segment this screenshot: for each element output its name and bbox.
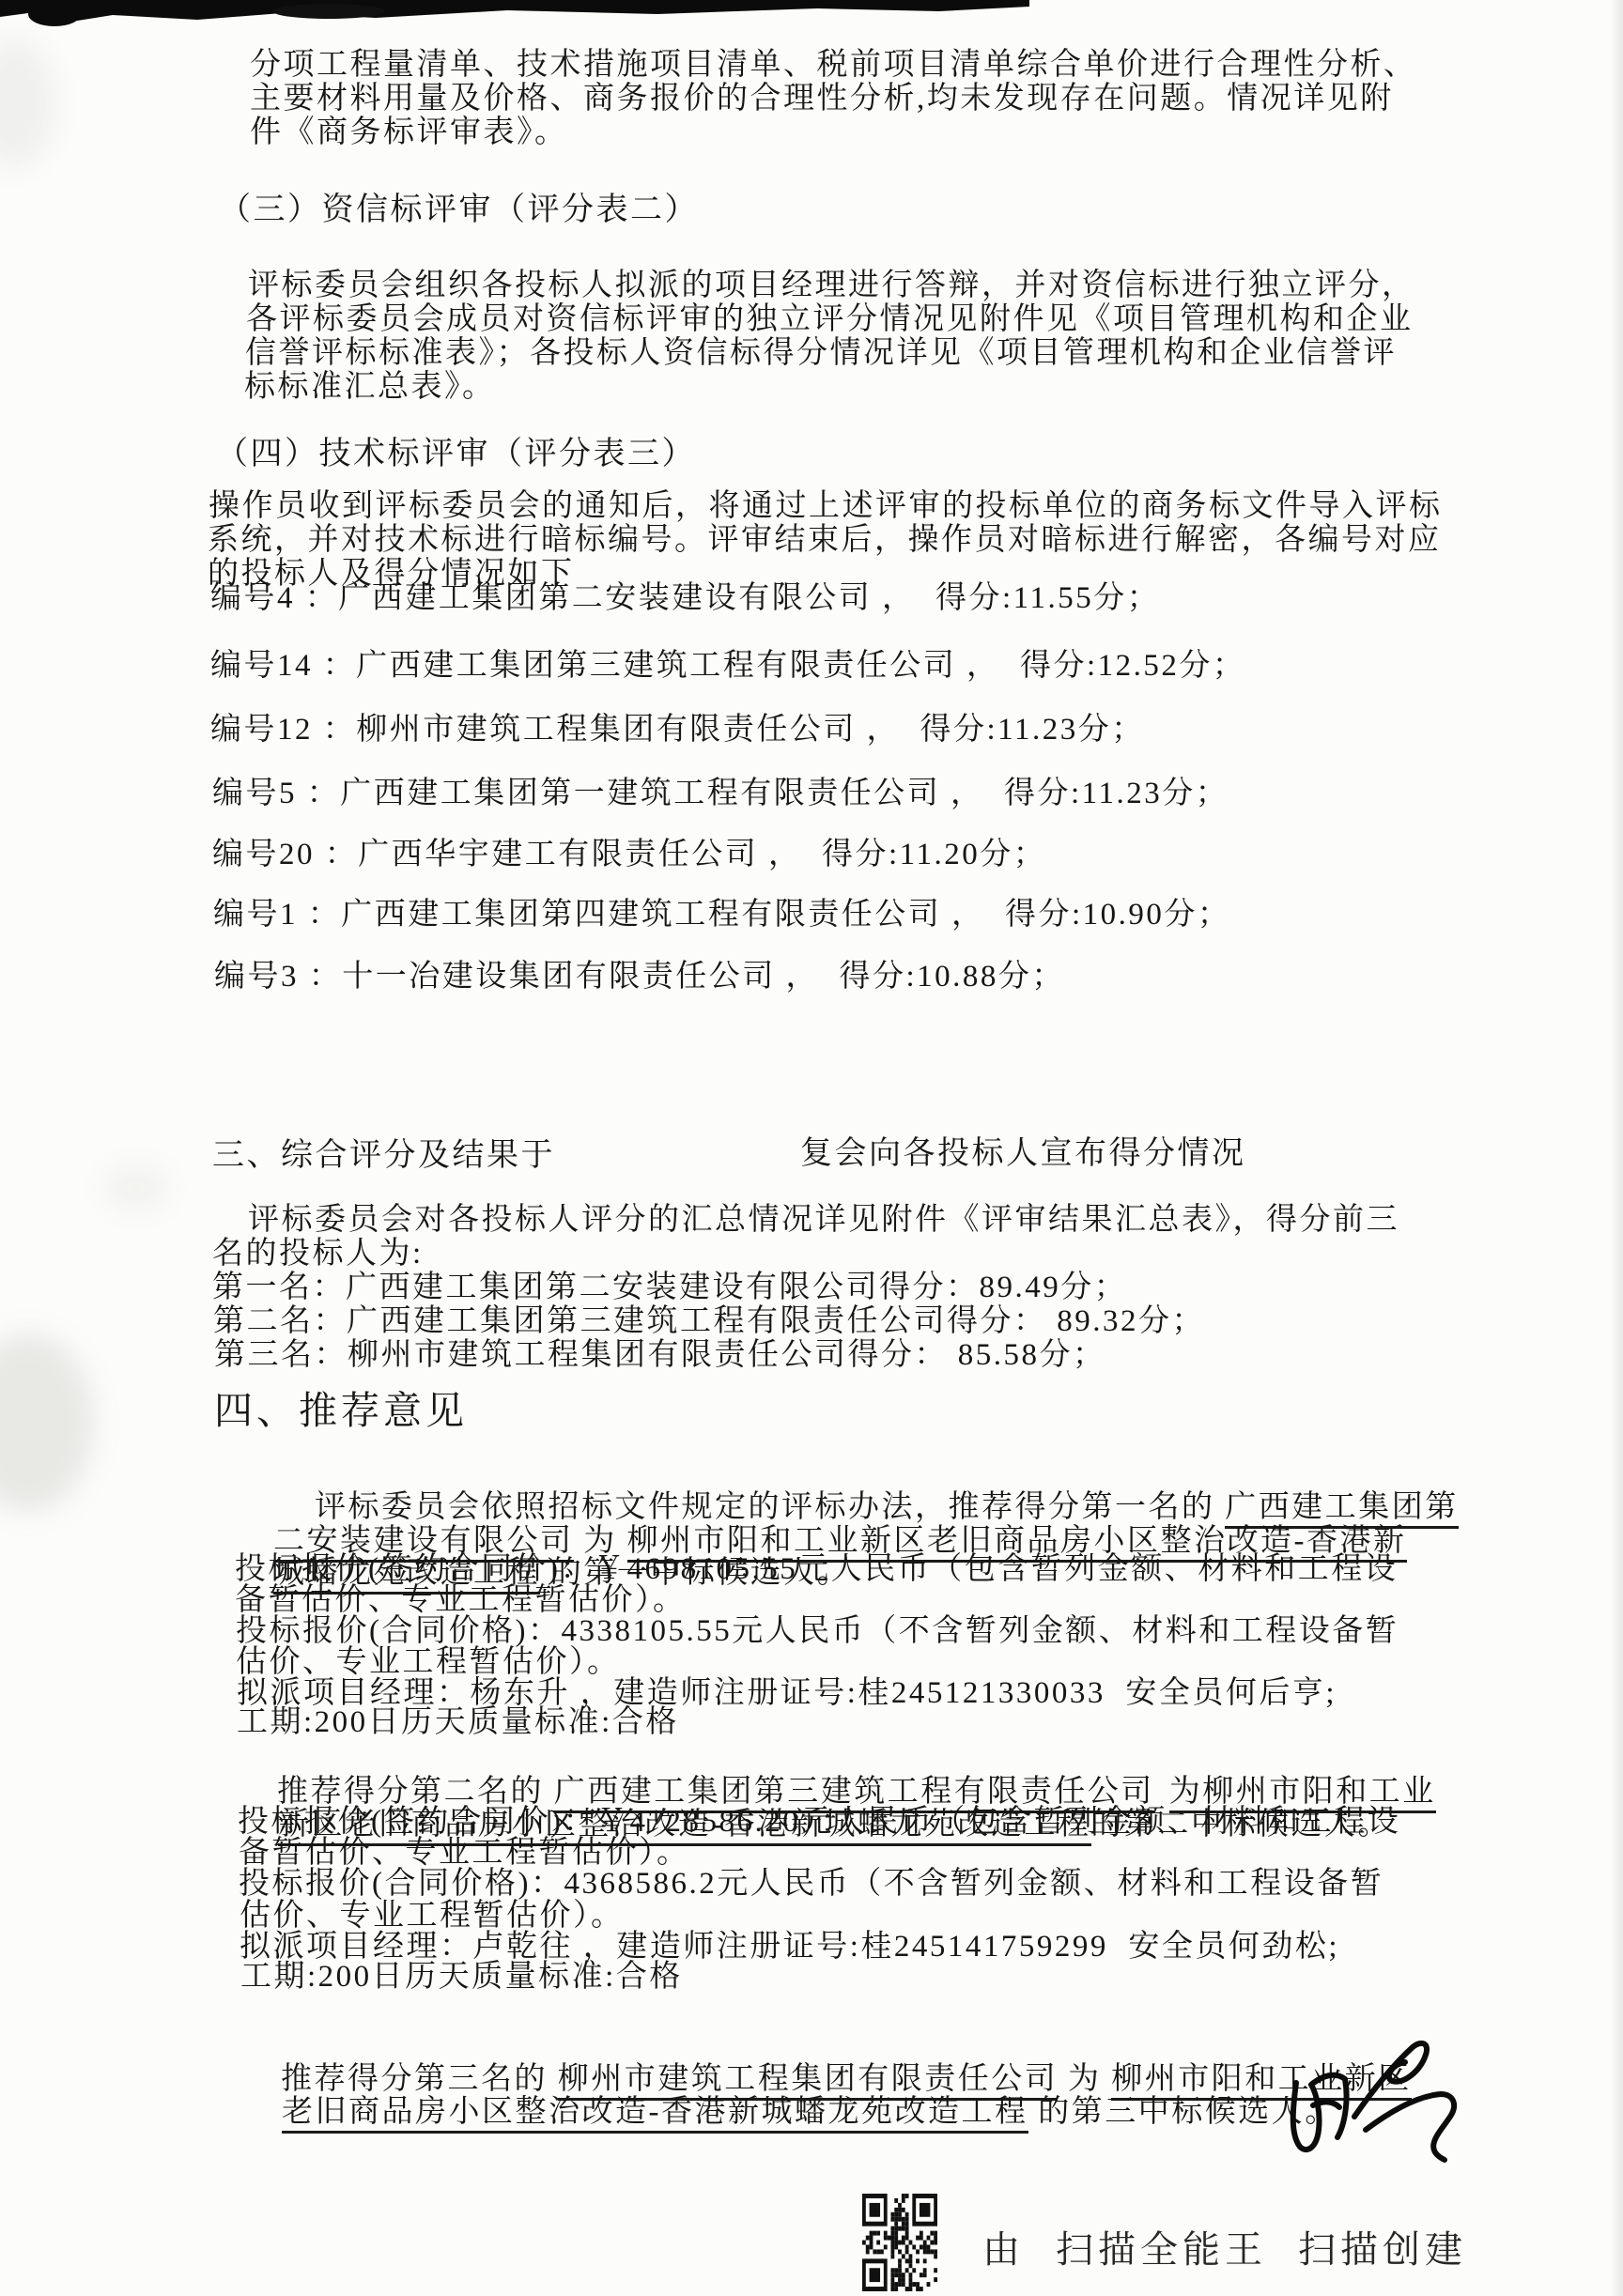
handwritten-signature: [1279, 2026, 1472, 2167]
credit-review-line: 评标委员会组织各投标人拟派的项目经理进行答辩，并对资信标进行独立评分，: [248, 268, 1415, 303]
section-heading-credit-review: （三）资信标评审（评分表二）: [219, 193, 699, 228]
overall-summary-line: 评标委员会对各投标人评分的汇总情况详见附件《评审结果汇总表》，得分前三: [248, 1202, 1399, 1238]
intro-line: 件《商务标评审表》。: [250, 115, 568, 150]
scan-smudge: [0, 1333, 94, 1512]
score-line: 编号1 ：广西建工集团第四建筑工程有限责任公司 ， 得分:10.90分；: [213, 897, 1230, 932]
section-heading-recommendation: 四、推荐意见: [214, 1393, 468, 1428]
score-line: 编号14 ：广西建工集团第三建筑工程有限责任公司 ， 得分:12.52分；: [210, 648, 1245, 684]
overall-summary-line: 名的投标人为:: [212, 1236, 424, 1271]
score-line: 编号3 ：十一冶建设集团有限责任公司 ， 得分:10.88分；: [214, 959, 1065, 994]
rank-line: 第一名：广西建工集团第二安装建设有限公司得分：89.49分；: [212, 1270, 1127, 1305]
score-line: 编号5 ：广西建工集团第一建筑工程有限责任公司 ， 得分:11.23分；: [212, 776, 1229, 811]
scan-artifact-top: [0, 0, 1623, 38]
candidate2-duration-line: 工期:200日历天质量标准:合格: [240, 1959, 683, 1995]
scan-credit-text: 由 扫描全能王 扫描创建: [982, 2220, 1467, 2273]
candidate1-duration-line: 工期:200日历天质量标准:合格: [237, 1704, 679, 1740]
score-line: 编号20 ：广西华宇建工有限责任公司 ， 得分:11.20分；: [212, 837, 1046, 872]
qr-code: [862, 2194, 937, 2291]
scan-smudge: [103, 1164, 169, 1211]
scanned-document-page: 分项工程量清单、技术措施项目清单、税前项目清单综合单价进行合理性分析、 主要材料…: [0, 0, 1623, 2296]
score-line: 编号4 ：广西建工集团第二安装建设有限公司 ， 得分:11.55分；: [210, 580, 1160, 616]
scan-smudge: [0, 38, 56, 169]
credit-review-line: 各评标委员会成员对资信标评审的独立评分情况见附件见《项目管理机构和企业: [246, 301, 1414, 337]
rank-line: 第二名：广西建工集团第三建筑工程有限责任公司得分： 89.32分；: [213, 1303, 1205, 1339]
score-line: 编号12 ：柳州市建筑工程集团有限责任公司 ， 得分:11.23分；: [210, 712, 1145, 747]
candidate2-price-line: 投标报价(合同价格)：4368586.2元人民币（不含暂列金额、材料和工程设备暂: [239, 1866, 1383, 1902]
section-heading-overall-left: 三、综合评分及结果于: [212, 1138, 555, 1174]
section-heading-tech-review: （四）技术标评审（评分表三）: [216, 437, 696, 472]
section-heading-overall-right: 复会向各投标人宣布得分情况: [800, 1136, 1246, 1172]
tech-review-line: 系统，并对技术标进行暗标编号。评审结束后，操作员对暗标进行解密，各编号对应: [208, 522, 1442, 558]
rank-line: 第三名：柳州市建筑工程集团有限责任公司得分： 85.58分；: [214, 1337, 1106, 1373]
intro-line: 分项工程量清单、技术措施项目清单、税前项目清单综合单价进行合理性分析、: [250, 47, 1417, 83]
scan-edge-shadow: [1610, 0, 1623, 2296]
intro-line: 主要材料用量及价格、商务报价的合理性分析,均未发现存在问题。情况详见附: [250, 81, 1394, 116]
tech-review-line: 操作员收到评标委员会的通知后，将通过上述评审的投标单位的商务标文件导入评标: [209, 488, 1443, 524]
credit-review-line: 信誉评标标准表》；各投标人资信标得分情况详见《项目管理机构和企业信誉评: [245, 335, 1397, 371]
candidate3-line: 老旧商品房小区整治改造-香港新城蟠龙苑改造工程 的第三中标候选人。: [241, 2058, 1338, 2165]
credit-review-line: 标标准汇总表》。: [244, 369, 496, 405]
candidate3-project-underlined: 老旧商品房小区整治改造-香港新城蟠龙苑改造工程: [282, 2095, 1028, 2134]
